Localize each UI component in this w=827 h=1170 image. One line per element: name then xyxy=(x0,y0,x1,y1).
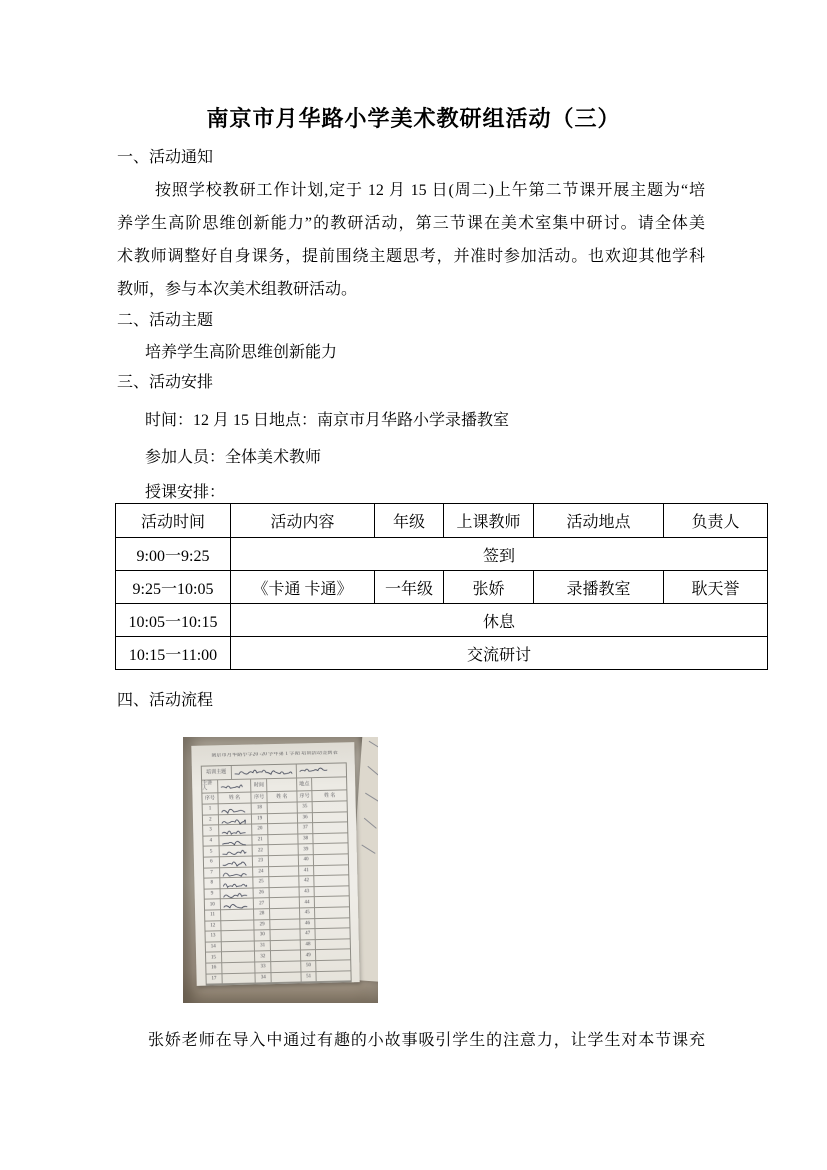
signin-number: 28 xyxy=(254,909,270,920)
signin-number: 2 xyxy=(203,815,219,826)
signin-number: 13 xyxy=(206,931,222,942)
signin-paper: 南京市月华路小学20 -20 学年第 1 学期 培训活动签到表 培训主题主讲人时… xyxy=(191,742,359,986)
signin-cell xyxy=(313,812,347,823)
signin-number: 11 xyxy=(205,910,221,921)
schedule-time-cell: 9:25一10:05 xyxy=(116,571,231,604)
signin-name-handwriting xyxy=(218,804,252,815)
signin-name-handwriting xyxy=(219,835,253,846)
signin-cell xyxy=(315,886,349,897)
signin-topic-handwriting xyxy=(231,764,296,779)
schedule-merged-cell: 签到 xyxy=(231,538,768,571)
signin-cell xyxy=(268,834,298,845)
schedule-cell: 《卡通 卡通》 xyxy=(231,571,375,604)
signin-cell xyxy=(271,951,301,962)
signin-name-handwriting xyxy=(220,856,254,867)
signin-name-handwriting xyxy=(221,920,255,931)
signin-speaker-label: 主讲人 xyxy=(202,780,218,793)
signin-cell xyxy=(315,865,349,876)
signin-place-label: 地点 xyxy=(297,778,313,791)
signin-cell xyxy=(268,813,298,824)
signin-cell xyxy=(316,918,350,929)
signin-cell xyxy=(270,898,300,909)
schedule-header-cell: 活动内容 xyxy=(231,504,375,538)
activity-theme: 培养学生高阶思维创新能力 xyxy=(145,341,337,365)
signin-cell xyxy=(313,801,347,812)
signin-number: 6 xyxy=(204,857,220,868)
signin-number: 47 xyxy=(300,929,316,940)
signin-name-handwriting xyxy=(222,941,256,952)
signin-cell xyxy=(316,928,350,939)
pen-stroke xyxy=(369,741,378,750)
signin-speaker-handwriting xyxy=(218,780,252,794)
signin-cell xyxy=(315,876,349,887)
signin-table: 培训主题主讲人时间地点序号姓 名序号姓 名序号姓 名11835219363203… xyxy=(201,762,352,985)
signin-number: 14 xyxy=(206,942,222,953)
signin-cell xyxy=(267,778,297,792)
signin-number: 21 xyxy=(253,835,269,846)
signin-number: 48 xyxy=(300,940,316,951)
participants-line: 参加人员：全体美术教师 xyxy=(145,446,321,470)
signin-number: 31 xyxy=(255,941,271,952)
pen-stroke xyxy=(367,766,378,777)
schedule-label: 授课安排： xyxy=(145,481,225,505)
signin-number: 29 xyxy=(255,920,271,931)
signin-number: 34 xyxy=(256,973,272,984)
signin-number: 40 xyxy=(298,855,314,866)
signin-cell xyxy=(269,877,299,888)
signin-cell xyxy=(316,939,350,950)
signin-name-handwriting xyxy=(220,867,254,878)
signin-col-header: 序号 xyxy=(297,791,313,802)
signin-cell xyxy=(317,960,351,971)
signin-number: 41 xyxy=(299,866,315,877)
schedule-merged-cell: 休息 xyxy=(231,604,768,637)
signin-number: 44 xyxy=(299,897,315,908)
schedule-cell: 张娇 xyxy=(444,571,534,604)
signin-cell xyxy=(314,833,348,844)
signin-cell xyxy=(315,897,349,908)
signin-number: 12 xyxy=(205,921,221,932)
paragraph-line: 养学生高阶思维创新能力”的教研活动，第三节课在美术室集中研讨。请全体美 xyxy=(117,207,705,240)
signin-cell xyxy=(270,919,300,930)
schedule-header-cell: 上课教师 xyxy=(444,504,534,538)
signin-number: 32 xyxy=(255,951,271,962)
signin-topic-label: 培训主题 xyxy=(202,766,232,781)
signin-number: 36 xyxy=(298,813,314,824)
section-4-heading: 四、活动流程 xyxy=(117,689,213,713)
signin-number: 7 xyxy=(204,868,220,879)
signin-number: 8 xyxy=(204,878,220,889)
schedule-time-cell: 10:15一11:00 xyxy=(116,637,231,670)
signin-number: 35 xyxy=(297,802,313,813)
signin-number: 4 xyxy=(203,836,219,847)
signin-name-handwriting xyxy=(221,899,255,910)
paragraph-line: 张娇老师在导入中通过有趣的小故事吸引学生的注意力，让学生对本节课充 xyxy=(117,1024,705,1057)
signin-number: 37 xyxy=(298,823,314,834)
time-location-line: 时间：12 月 15 日地点：南京市月华路小学录播教室 xyxy=(145,409,509,433)
schedule-header-cell: 年级 xyxy=(375,504,444,538)
signin-cell xyxy=(316,950,350,961)
signin-cell xyxy=(272,972,302,983)
signin-cell xyxy=(270,887,300,898)
signin-time-label: 时间 xyxy=(251,779,267,792)
signin-cell xyxy=(271,961,301,972)
signin-number: 30 xyxy=(255,930,271,941)
signin-number: 16 xyxy=(206,963,222,974)
signin-cell xyxy=(315,907,349,918)
signin-number: 20 xyxy=(252,824,268,835)
signin-cell xyxy=(314,854,348,865)
signin-paper-header: 南京市月华路小学20 -20 学年第 1 学期 培训活动签到表 xyxy=(201,750,347,759)
section-3-heading: 三、活动安排 xyxy=(117,371,213,395)
signin-number: 46 xyxy=(300,919,316,930)
signin-number: 45 xyxy=(300,908,316,919)
signin-number: 43 xyxy=(299,887,315,898)
signin-cell xyxy=(269,866,299,877)
signin-number: 10 xyxy=(205,900,221,911)
signin-name-handwriting xyxy=(219,825,253,836)
signin-cell xyxy=(268,802,298,813)
signin-name-handwriting xyxy=(221,909,255,920)
signin-number: 9 xyxy=(205,889,221,900)
notice-paragraph: 按照学校教研工作计划,定于 12 月 15 日(周二)上午第二节课开展主题为“培… xyxy=(117,174,705,306)
signin-name-handwriting xyxy=(219,846,253,857)
closing-paragraph: 张娇老师在导入中通过有趣的小故事吸引学生的注意力，让学生对本节课充 xyxy=(117,1024,705,1057)
signin-number: 23 xyxy=(253,856,269,867)
signin-name-handwriting xyxy=(219,814,253,825)
paragraph-line: 按照学校教研工作计划,定于 12 月 15 日(周二)上午第二节课开展主题为“培 xyxy=(117,174,705,207)
signin-name-handwriting xyxy=(222,962,256,973)
signin-cell xyxy=(269,845,299,856)
signin-number: 19 xyxy=(252,814,268,825)
signin-number: 5 xyxy=(204,847,220,858)
signin-number: 26 xyxy=(254,888,270,899)
schedule-header-cell: 负责人 xyxy=(664,504,768,538)
paragraph-line: 术教师调整好自身课务，提前围绕主题思考，并准时参加活动。也欢迎其他学科 xyxy=(117,240,705,273)
signin-name-handwriting xyxy=(222,973,256,984)
signin-name-handwriting xyxy=(221,931,255,942)
signin-cell xyxy=(271,940,301,951)
signin-col-header: 姓 名 xyxy=(313,790,347,802)
signin-name-handwriting xyxy=(220,888,254,899)
signin-number: 18 xyxy=(252,803,268,814)
signin-number: 33 xyxy=(256,962,272,973)
signin-topic-handwriting xyxy=(296,763,346,778)
section-2-heading: 二、活动主题 xyxy=(117,309,213,333)
pen-stroke xyxy=(365,793,378,802)
signin-col-header: 姓 名 xyxy=(218,793,252,805)
schedule-merged-cell: 交流研讨 xyxy=(231,637,768,670)
signin-number: 38 xyxy=(298,834,314,845)
schedule-cell: 一年级 xyxy=(375,571,444,604)
pen-stroke xyxy=(361,845,375,854)
signin-name-handwriting xyxy=(220,878,254,889)
schedule-cell: 录播教室 xyxy=(534,571,664,604)
signin-number: 24 xyxy=(253,867,269,878)
signin-col-header: 序号 xyxy=(202,793,218,804)
schedule-table: 活动时间活动内容年级上课教师活动地点负责人9:00一9:25签到9:25一10:… xyxy=(115,503,768,670)
schedule-header-cell: 活动地点 xyxy=(534,504,664,538)
document-page: 南京市月华路小学美术教研组活动（三） 一、活动通知 按照学校教研工作计划,定于 … xyxy=(0,0,827,1170)
signin-number: 22 xyxy=(253,846,269,857)
signin-number: 17 xyxy=(206,974,222,985)
signin-number: 3 xyxy=(203,825,219,836)
signin-cell xyxy=(269,855,299,866)
schedule-cell: 耿天誉 xyxy=(664,571,768,604)
signin-number: 42 xyxy=(299,876,315,887)
schedule-header-cell: 活动时间 xyxy=(116,504,231,538)
signin-cell xyxy=(314,823,348,834)
paragraph-line: 教师，参与本次美术组教研活动。 xyxy=(117,273,705,306)
signin-cell xyxy=(270,908,300,919)
signin-number: 15 xyxy=(206,953,222,964)
signin-number: 25 xyxy=(254,877,270,888)
signin-sheet-photo: 南京市月华路小学20 -20 学年第 1 学期 培训活动签到表 培训主题主讲人时… xyxy=(183,737,378,1003)
signin-col-header: 序号 xyxy=(252,792,268,803)
signin-cell xyxy=(268,824,298,835)
signin-number: 39 xyxy=(298,844,314,855)
signin-cell xyxy=(313,777,347,791)
signin-cell xyxy=(314,844,348,855)
signin-name-handwriting xyxy=(222,952,256,963)
signin-number: 49 xyxy=(301,950,317,961)
signin-cell xyxy=(271,930,301,941)
schedule-time-cell: 9:00一9:25 xyxy=(116,538,231,571)
document-title: 南京市月华路小学美术教研组活动（三） xyxy=(0,104,827,134)
signin-number: 51 xyxy=(301,972,317,983)
section-1-heading: 一、活动通知 xyxy=(117,146,213,170)
signin-cell xyxy=(317,971,351,982)
pen-stroke xyxy=(364,818,377,829)
signin-number: 27 xyxy=(254,898,270,909)
signin-col-header: 姓 名 xyxy=(267,791,297,803)
schedule-time-cell: 10:05一10:15 xyxy=(116,604,231,637)
signin-number: 1 xyxy=(203,804,219,815)
signin-number: 50 xyxy=(301,961,317,972)
